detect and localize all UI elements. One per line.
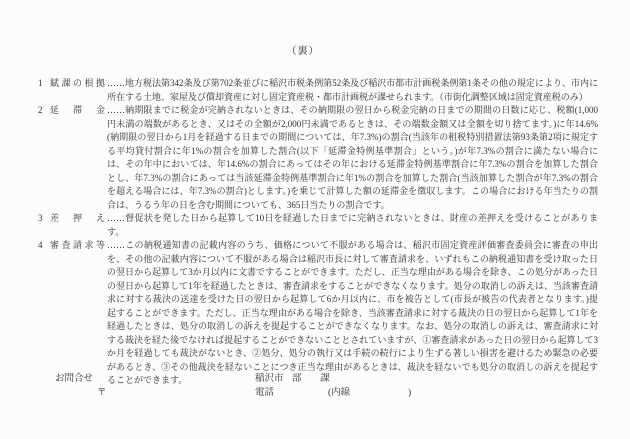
clause-body: ……督促状を発した日から起算して10日を経過した日までに完納されないときは、財産… [107,212,598,239]
clause-body: ……納期限までに税金が完納されないときは、その納期限の翌日から税金完納の日までの… [107,104,598,212]
contact-department: 部 [292,373,302,385]
clause-number: 2 [38,104,50,212]
clause-heading: 差押え [50,212,105,239]
contact-city: 稲沢市 [255,373,284,385]
clause-number: 4 [38,239,50,388]
phone-label: 電話 [255,387,274,399]
clause-leader: …… [107,213,125,223]
clause-heading: 延滞金 [50,104,105,212]
clause-text: この納税通知書の記載内容のうち、価格について不服がある場合は、稲沢市固定資産評価… [107,240,598,385]
clause-body: ……地方税法第342条及び第702条並びに稲沢市税条例第52条及び稲沢市都市計画… [107,77,598,104]
clause-leader: …… [107,105,125,115]
clause-text: 督促状を発した日から起算して10日を経過した日までに完納されないときは、財産の差… [107,213,598,237]
extension-close-paren: ) [408,387,411,399]
clause-delinquency-charge: 2 延滞金 ……納期限までに税金が完納されないときは、その納期限の翌日から税金完… [38,104,598,212]
page-side-label: （裏） [0,42,606,57]
clause-list: 1 賦課の根拠 ……地方税法第342条及び第702条並びに稲沢市税条例第52条及… [38,77,598,388]
clause-heading: 審査請求等 [50,239,105,388]
clause-appeal-request: 4 審査請求等 ……この納税通知書の記載内容のうち、価格について不服がある場合は… [38,239,598,388]
clause-seizure: 3 差押え ……督促状を発した日から起算して10日を経過した日までに完納されない… [38,212,598,239]
postal-mark: 〒 [97,387,107,399]
clause-text: 納期限までに税金が完納されないときは、その納期限の翌日から税金完納の日までの期間… [107,105,598,210]
clause-body: ……この納税通知書の記載内容のうち、価格について不服がある場合は、稲沢市固定資産… [107,239,598,388]
clause-basis-of-levy: 1 賦課の根拠 ……地方税法第342条及び第702条並びに稲沢市税条例第52条及… [38,77,598,104]
tax-notice-back-page: （裏） 1 賦課の根拠 ……地方税法第342条及び第702条並びに稲沢市税条例第… [0,0,630,439]
extension-label: (内線 [328,387,350,399]
clause-number: 1 [38,77,50,104]
clause-leader: …… [107,78,125,88]
contact-section: 課 [320,373,330,385]
clause-text: 地方税法第342条及び第702条並びに稲沢市税条例第52条及び稲沢市都市計画税条… [107,78,598,102]
contact-block: お問合せ 〒 稲沢市 部 課 電話 (内線 ) [0,373,630,413]
clause-number: 3 [38,212,50,239]
inquiry-label: お問合せ [55,373,93,385]
clause-leader: …… [107,240,125,250]
clause-heading: 賦課の根拠 [50,77,105,104]
